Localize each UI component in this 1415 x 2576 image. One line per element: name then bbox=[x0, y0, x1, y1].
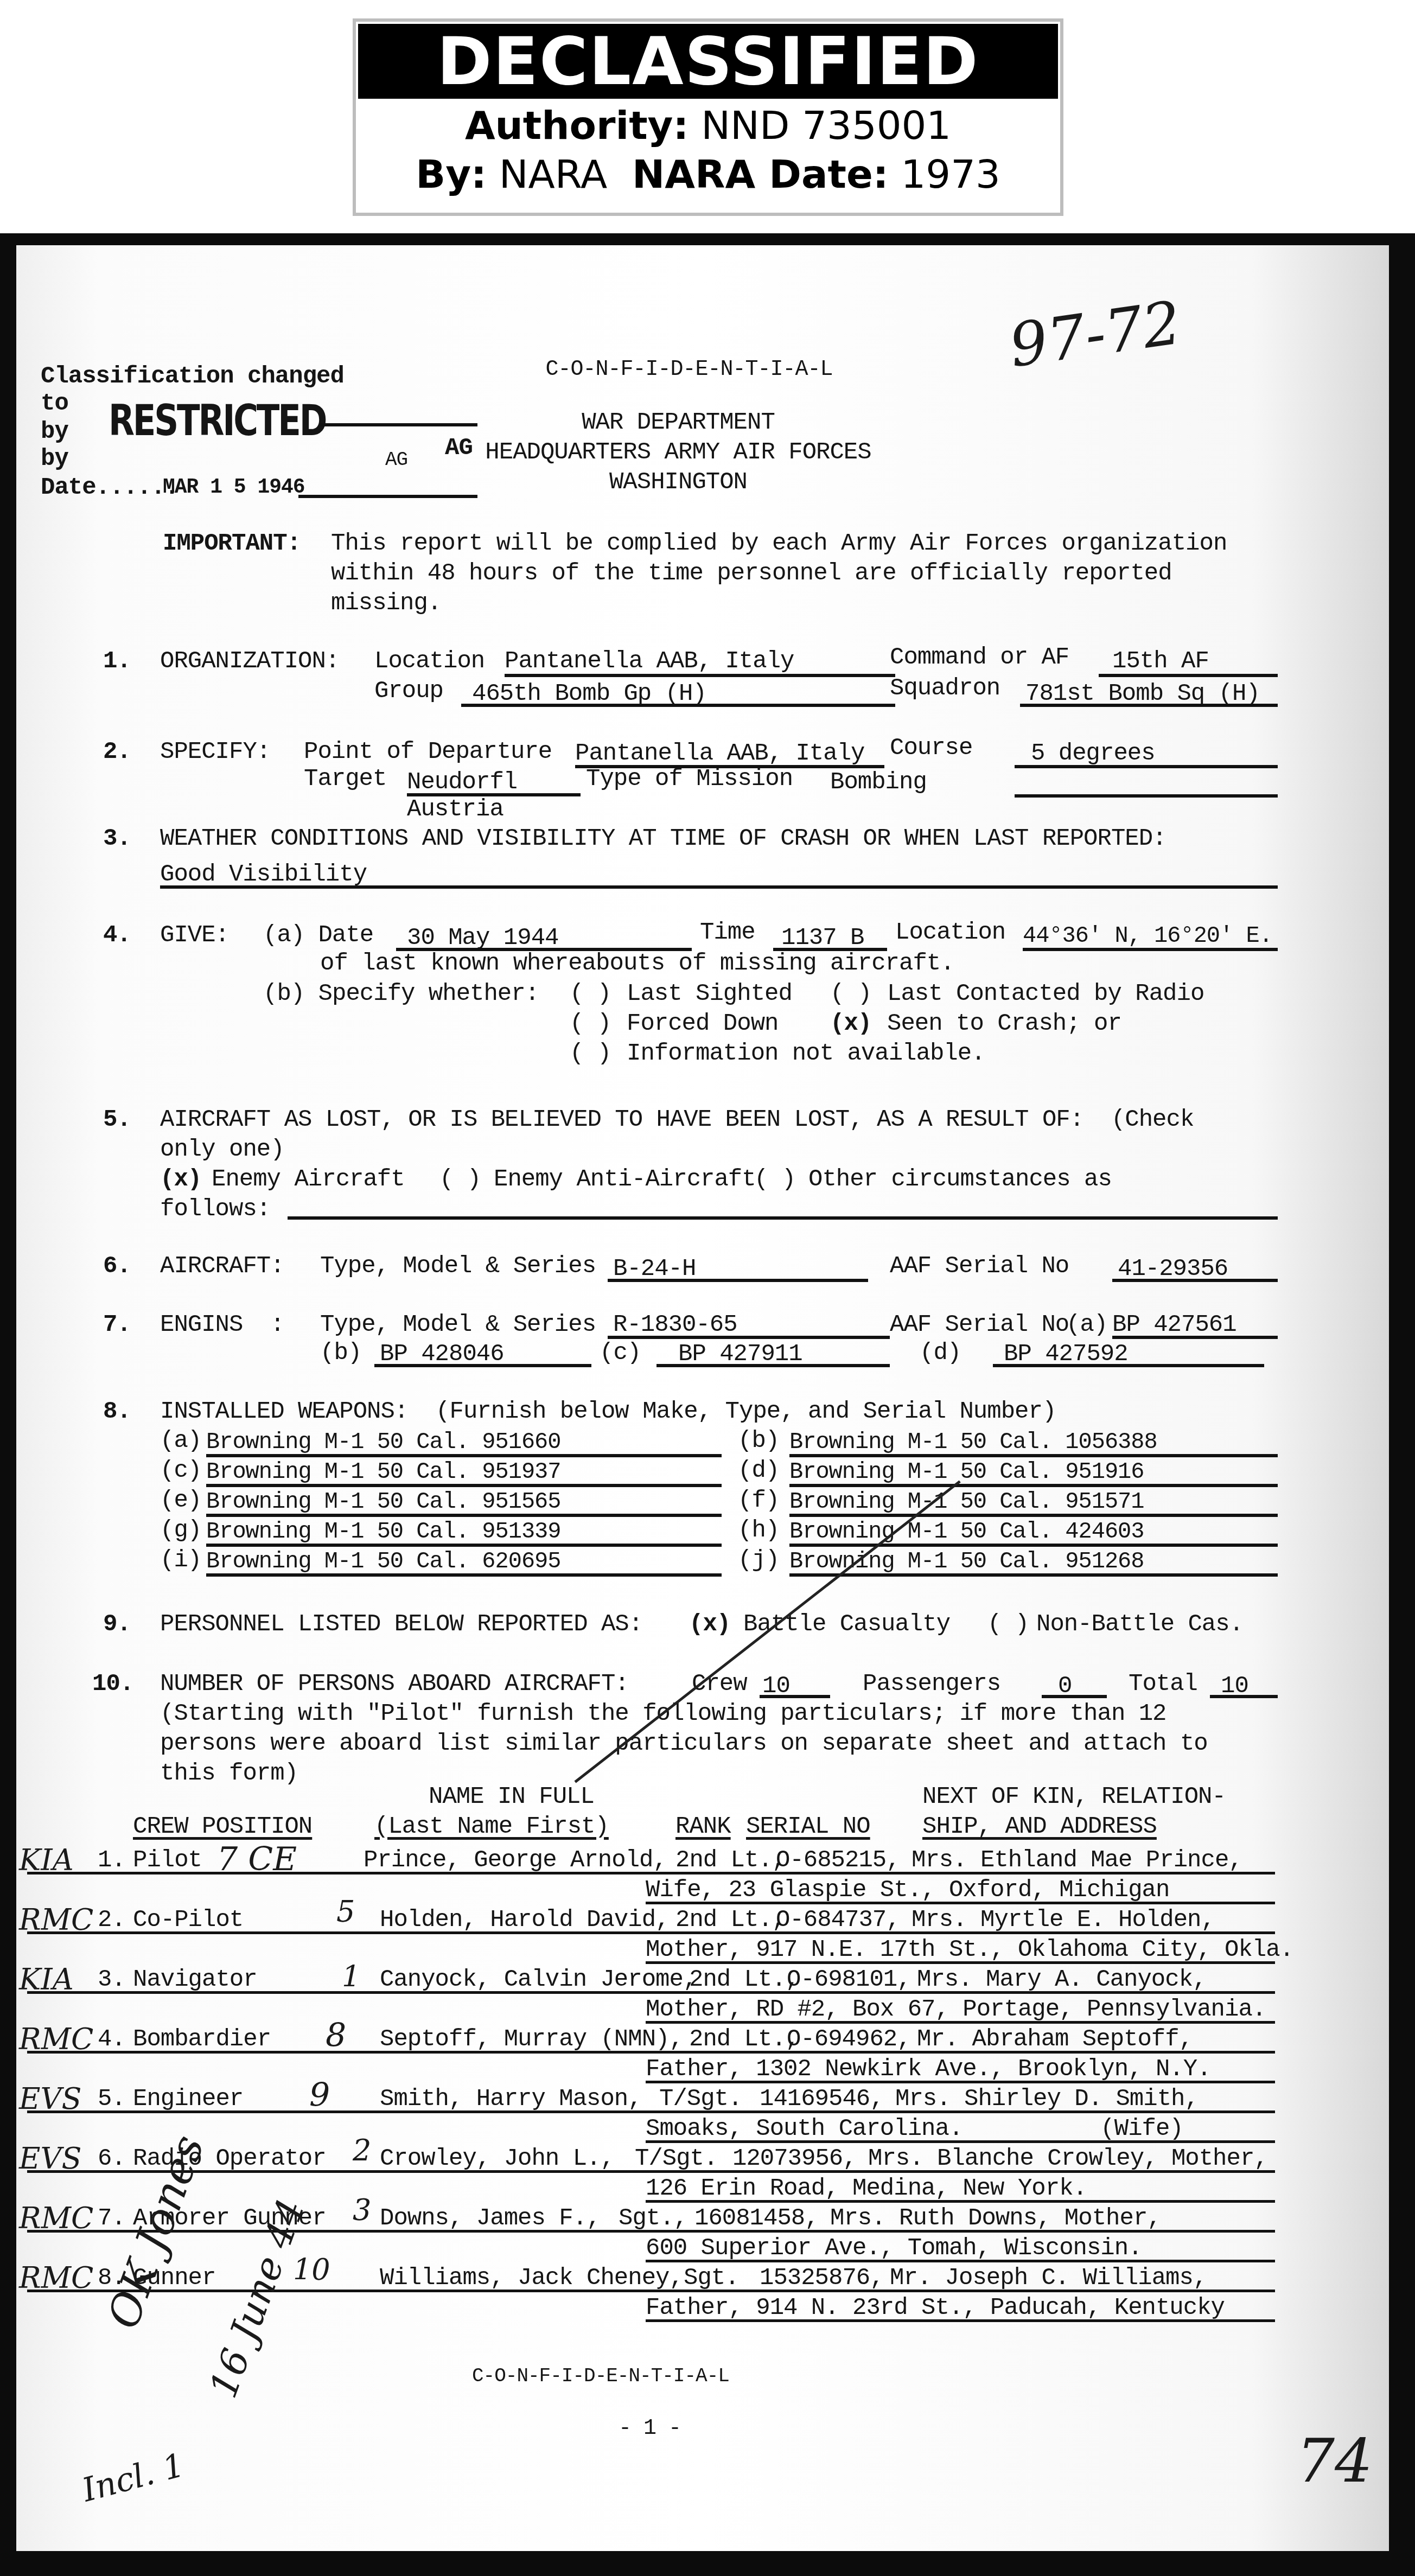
row-line2 bbox=[646, 2021, 1275, 2024]
s10-line4: this form) bbox=[160, 1762, 298, 1786]
weapon-h-line bbox=[789, 1544, 1278, 1547]
row-line2 bbox=[646, 2260, 1275, 2262]
s7-type-value[interactable]: R-1830-65 bbox=[613, 1313, 737, 1337]
s5-enemy-aircraft-checkbox[interactable]: (x) bbox=[160, 1168, 201, 1191]
row-kin-line2: Mother, 917 N.E. 17th St., Oklahoma City… bbox=[646, 1938, 1293, 1962]
row-position: Engineer bbox=[133, 2087, 243, 2111]
reclass-ag2-suffix: AG bbox=[385, 450, 407, 470]
s6-type-line bbox=[608, 1279, 868, 1282]
s4-last-sighted-checkbox[interactable]: ( ) bbox=[570, 982, 611, 1006]
s6-serial-label: AAF Serial No bbox=[890, 1254, 1069, 1278]
declassified-stamp: DECLASSIFIED Authority: NND 735001 By: N… bbox=[353, 18, 1063, 216]
row-rank: T/Sgt. bbox=[659, 2087, 742, 2111]
s2-number: 2. bbox=[103, 740, 131, 764]
header-serial: SERIAL NO bbox=[746, 1815, 870, 1839]
s1-command-label: Command or AF bbox=[890, 646, 1069, 669]
row-line bbox=[27, 2230, 1275, 2233]
s1-label: ORGANIZATION: bbox=[160, 649, 339, 673]
s4-seen-to-crash-label: Seen to Crash; or bbox=[887, 1012, 1121, 1036]
s7-engine-d-serial[interactable]: BP 427592 bbox=[1004, 1342, 1128, 1366]
row-kin-line1: Mrs. Blanche Crowley, Mother, bbox=[868, 2147, 1268, 2171]
s6-serial-value[interactable]: 41-29356 bbox=[1118, 1257, 1228, 1281]
s10-label: NUMBER OF PERSONS ABOARD AIRCRAFT: bbox=[160, 1672, 629, 1696]
s4-info-na-label: Information not available. bbox=[627, 1042, 985, 1066]
row-kin-line1: Mrs. Ruth Downs, Mother, bbox=[830, 2207, 1161, 2230]
weapon-key: (e) bbox=[160, 1489, 201, 1513]
weapon-key: (j) bbox=[738, 1548, 779, 1572]
s1-group-label: Group bbox=[374, 679, 443, 703]
weapon-key: (b) bbox=[738, 1429, 779, 1453]
s7-engine-d-key: (d) bbox=[920, 1341, 961, 1365]
s1-command-value[interactable]: 15th AF bbox=[1112, 649, 1209, 673]
s1-group-value[interactable]: 465th Bomb Gp (H) bbox=[472, 682, 706, 706]
s2-mission-label: Type of Mission bbox=[586, 767, 793, 791]
weapon-b-line bbox=[789, 1454, 1278, 1457]
s6-number: 6. bbox=[103, 1254, 131, 1278]
row-line2 bbox=[646, 1961, 1275, 1964]
s7-engine-c-serial[interactable]: BP 427911 bbox=[678, 1342, 802, 1366]
row-serial: 14169546, bbox=[760, 2087, 884, 2111]
weapon-key: (g) bbox=[160, 1519, 201, 1542]
s1-command-line bbox=[1099, 674, 1278, 677]
row-serial: 15325876, bbox=[760, 2266, 884, 2290]
weapon-i[interactable]: Browning M-1 50 Cal. 620695 bbox=[206, 1550, 561, 1573]
weapon-h[interactable]: Browning M-1 50 Cal. 424603 bbox=[789, 1520, 1144, 1543]
row-kin-line2: Smoaks, South Carolina. (Wife) bbox=[646, 2117, 1183, 2141]
reclass-by2-label: by bbox=[41, 447, 68, 471]
s4-forced-down-checkbox[interactable]: ( ) bbox=[570, 1012, 611, 1036]
s7-type-label: Type, Model & Series bbox=[320, 1313, 596, 1337]
stamp-title: DECLASSIFIED bbox=[358, 24, 1058, 99]
row-number: 5. bbox=[98, 2087, 125, 2111]
s5-label: AIRCRAFT AS LOST, OR IS BELIEVED TO HAVE… bbox=[160, 1108, 1194, 1132]
classification-top: C-O-N-F-I-D-E-N-T-I-A-L bbox=[472, 359, 906, 381]
row-kin-line1: Mrs. Shirley D. Smith, bbox=[895, 2087, 1199, 2111]
authority-label: Authority: bbox=[465, 103, 689, 148]
s2-label: SPECIFY: bbox=[160, 740, 270, 764]
s7-serial-label: AAF Serial No bbox=[890, 1313, 1069, 1337]
row-kin-line1: Mr. Joseph C. Williams, bbox=[890, 2266, 1207, 2290]
s5-anti-aircraft-checkbox[interactable]: ( ) bbox=[439, 1168, 481, 1191]
weapon-key: (d) bbox=[738, 1459, 779, 1483]
row-number: 2. bbox=[98, 1908, 125, 1932]
s9-non-battle-label: Non-Battle Cas. bbox=[1036, 1612, 1243, 1636]
restricted-stamp: RESTRICTED bbox=[109, 400, 326, 442]
row-line2 bbox=[646, 2081, 1275, 2083]
s2-target-country: Austria bbox=[407, 798, 503, 821]
row-hand-number: 8 bbox=[326, 2017, 346, 2055]
important-line1: This report will be complied by each Arm… bbox=[331, 532, 1227, 556]
s7-engine-a-line bbox=[1112, 1336, 1278, 1339]
s7-number: 7. bbox=[103, 1313, 131, 1337]
row-serial: O-684737, bbox=[776, 1908, 900, 1932]
row-rank: Sgt., bbox=[619, 2207, 687, 2230]
s5-other-checkbox[interactable]: ( ) bbox=[754, 1168, 795, 1191]
s4-date-value[interactable]: 30 May 1944 bbox=[407, 926, 558, 950]
weapon-key: (i) bbox=[160, 1548, 201, 1572]
s10-total-line bbox=[1210, 1695, 1278, 1698]
row-name[interactable]: Holden, Harold David, bbox=[380, 1908, 670, 1932]
nara-date-label: NARA Date: bbox=[632, 151, 889, 197]
s2-mission-value[interactable]: Bombing bbox=[830, 770, 927, 794]
s4-a-line2: of last known whereabouts of missing air… bbox=[320, 952, 954, 975]
weapon-a-line bbox=[206, 1454, 722, 1457]
stamp-by: By: NARA NARA Date: 1973 bbox=[356, 150, 1060, 199]
s7-engine-b-line bbox=[374, 1364, 591, 1367]
s5-enemy-aircraft-label: Enemy Aircraft bbox=[212, 1168, 405, 1191]
page-number: - 1 - bbox=[619, 2418, 681, 2440]
s2-departure-value[interactable]: Pantanella AAB, Italy bbox=[575, 742, 865, 766]
s8-label: INSTALLED WEAPONS: (Furnish below Make, … bbox=[160, 1400, 1056, 1424]
s1-group-line bbox=[461, 704, 895, 707]
row-line2 bbox=[646, 2319, 1275, 2322]
s2-extra-line bbox=[1015, 794, 1278, 798]
s9-number: 9. bbox=[103, 1612, 131, 1636]
header-crew-position: CREW POSITION bbox=[133, 1815, 312, 1839]
s6-label: AIRCRAFT: bbox=[160, 1254, 284, 1278]
s5-follows-line bbox=[288, 1216, 1278, 1220]
s4-number: 4. bbox=[103, 923, 131, 947]
s4-last-contacted-label: Last Contacted by Radio bbox=[887, 982, 1204, 1006]
weapon-j-line bbox=[789, 1573, 1278, 1577]
row-position: Co-Pilot bbox=[133, 1908, 243, 1932]
weapon-a[interactable]: Browning M-1 50 Cal. 951660 bbox=[206, 1431, 561, 1453]
row-number: 3. bbox=[98, 1968, 125, 1992]
weapon-e-line bbox=[206, 1514, 722, 1517]
s4-last-sighted-label: Last Sighted bbox=[627, 982, 792, 1006]
s4-location-value[interactable]: 44°36' N, 16°20' E. bbox=[1023, 924, 1272, 947]
s2-course-value[interactable]: 5 degrees bbox=[1031, 742, 1155, 766]
row-serial: O-694962, bbox=[787, 2027, 911, 2051]
s10-number: 10. bbox=[92, 1672, 133, 1696]
s3-weather-value[interactable]: Good Visibility bbox=[160, 863, 367, 887]
s7-label: ENGINS : bbox=[160, 1313, 284, 1337]
row-hand-number: 5 bbox=[336, 1895, 355, 1929]
reclass-ag-suffix: AG bbox=[445, 436, 473, 460]
row-kin-line2: Father, 914 N. 23rd St., Paducah, Kentuc… bbox=[646, 2296, 1225, 2320]
important-line2: within 48 hours of the time personnel ar… bbox=[331, 562, 1172, 585]
row-rank: Sgt. bbox=[684, 2266, 739, 2290]
row-position: Pilot bbox=[133, 1848, 202, 1872]
weapon-c-line bbox=[206, 1484, 722, 1487]
s10-line3: persons were aboard list similar particu… bbox=[160, 1732, 1208, 1756]
weapon-c[interactable]: Browning M-1 50 Cal. 951937 bbox=[206, 1461, 561, 1483]
s5-number: 5. bbox=[103, 1108, 131, 1132]
s5-anti-aircraft-label: Enemy Anti-Aircraft bbox=[494, 1168, 756, 1191]
handwritten-incl-note: Incl. 1 bbox=[78, 2446, 188, 2509]
authority-value: NND 735001 bbox=[701, 103, 951, 148]
reclass-date-line bbox=[298, 495, 477, 498]
row-name[interactable]: Septoff, Murray (NMN), bbox=[380, 2027, 683, 2051]
weapon-g[interactable]: Browning M-1 50 Cal. 951339 bbox=[206, 1520, 561, 1543]
weapon-j[interactable]: Browning M-1 50 Cal. 951268 bbox=[789, 1550, 1144, 1573]
s4-location-label: Location bbox=[895, 921, 1005, 945]
row-line bbox=[27, 2051, 1275, 2054]
weapon-key: (h) bbox=[738, 1519, 779, 1542]
row-kin-line1: Mr. Abraham Septoff, bbox=[917, 2027, 1193, 2051]
s1-number: 1. bbox=[103, 649, 131, 673]
s8-number: 8. bbox=[103, 1400, 131, 1424]
weapon-b[interactable]: Browning M-1 50 Cal. 1056388 bbox=[789, 1431, 1157, 1453]
s10-passengers-line bbox=[1042, 1695, 1107, 1698]
row-number: 7. bbox=[98, 2207, 125, 2230]
document-page: C-O-N-F-I-D-E-N-T-I-A-L 97-72 Classifica… bbox=[16, 245, 1389, 2551]
s1-squadron-label: Squadron bbox=[890, 677, 1000, 700]
org-hq-aaf: HEADQUARTERS ARMY AIR FORCES bbox=[472, 441, 884, 464]
row-rank: T/Sgt. bbox=[635, 2147, 717, 2171]
s4-time-label: Time bbox=[700, 921, 755, 945]
weapon-i-line bbox=[206, 1573, 722, 1577]
s10-total-label: Total bbox=[1129, 1672, 1197, 1696]
row-serial: O-685215, bbox=[776, 1848, 900, 1872]
row-line2 bbox=[646, 2140, 1275, 2143]
row-line bbox=[27, 2110, 1275, 2113]
reclass-to-label: to bbox=[41, 392, 68, 416]
header-name-top: NAME IN FULL bbox=[429, 1785, 594, 1809]
s6-type-value[interactable]: B-24-H bbox=[613, 1257, 696, 1281]
row-kin-line2: 600 Superior Ave., Tomah, Wisconsin. bbox=[646, 2236, 1142, 2260]
weapon-d[interactable]: Browning M-1 50 Cal. 951916 bbox=[789, 1461, 1144, 1483]
s2-course-line bbox=[1015, 765, 1278, 768]
s1-squadron-value[interactable]: 781st Bomb Sq (H) bbox=[1025, 682, 1260, 706]
row-line bbox=[27, 2290, 1275, 2292]
scanned-document: C-O-N-F-I-D-E-N-T-I-A-L 97-72 Classifica… bbox=[0, 233, 1415, 2576]
row-kin-line1: Mrs. Mary A. Canyock, bbox=[917, 1968, 1207, 1992]
s2-course-label: Course bbox=[890, 736, 972, 760]
header-name: (Last Name First) bbox=[374, 1815, 609, 1839]
row-name[interactable]: Smith, Harry Mason, bbox=[380, 2087, 642, 2111]
row-hand-number: 1 bbox=[342, 1960, 360, 1994]
s1-squadron-line bbox=[1020, 704, 1278, 707]
weapon-d-line bbox=[789, 1484, 1278, 1487]
weapon-g-line bbox=[206, 1544, 722, 1547]
reclass-by-label: by bbox=[41, 420, 68, 444]
row-kin-line1: Mrs. Ethland Mae Prince, bbox=[912, 1848, 1242, 1872]
row-rank: 2nd Lt., bbox=[689, 2027, 799, 2051]
row-kin-line2: Father, 1302 Newkirk Ave., Brooklyn, N.Y… bbox=[646, 2057, 1211, 2081]
classification-bottom: C-O-N-F-I-D-E-N-T-I-A-L bbox=[472, 2367, 729, 2386]
s4-date-label: (a) Date bbox=[263, 923, 373, 947]
row-number: 4. bbox=[98, 2027, 125, 2051]
s3-number: 3. bbox=[103, 827, 131, 851]
header-kin-top: NEXT OF KIN, RELATION- bbox=[922, 1785, 1226, 1809]
row-number: 6. bbox=[98, 2147, 125, 2171]
s10-passengers-label: Passengers bbox=[863, 1672, 1000, 1696]
row-line bbox=[27, 1931, 1275, 1934]
s9-label: PERSONNEL LISTED BELOW REPORTED AS: bbox=[160, 1612, 642, 1636]
row-name[interactable]: Crowley, John L., bbox=[380, 2147, 614, 2171]
s3-label: WEATHER CONDITIONS AND VISIBILITY AT TIM… bbox=[160, 827, 1167, 851]
s6-type-label: Type, Model & Series bbox=[320, 1254, 596, 1278]
reclass-line1: Classification changed bbox=[41, 365, 344, 388]
s1-location-line bbox=[505, 674, 895, 677]
s7-engine-c-key: (c) bbox=[600, 1341, 641, 1365]
s3-weather-line bbox=[160, 885, 1278, 889]
reclass-date-label: Date...... bbox=[41, 476, 179, 500]
row-hand-number: 3 bbox=[353, 2193, 371, 2227]
s7-engine-c-line bbox=[656, 1364, 890, 1367]
weapon-key: (a) bbox=[160, 1429, 201, 1453]
s4-location-line bbox=[1023, 948, 1278, 951]
s4-info-na-checkbox[interactable]: ( ) bbox=[570, 1042, 611, 1066]
s5-other-label: Other circumstances as bbox=[808, 1168, 1112, 1191]
row-name[interactable]: Williams, Jack Cheney, bbox=[380, 2266, 683, 2290]
weapon-f-line bbox=[789, 1514, 1278, 1517]
row-number: 1. bbox=[98, 1848, 125, 1872]
header-kin: SHIP, AND ADDRESS bbox=[922, 1815, 1157, 1839]
row-serial: 12073956, bbox=[732, 2147, 857, 2171]
row-kin-line2: Mother, RD #2, Box 67, Portage, Pennsylv… bbox=[646, 1998, 1266, 2022]
stamp-authority: Authority: NND 735001 bbox=[356, 101, 1060, 150]
row-line bbox=[27, 1872, 1275, 1874]
s5-follows-label: follows: bbox=[160, 1197, 270, 1221]
row-rank: 2nd Lt., bbox=[675, 1908, 786, 1932]
s7-engine-d-line bbox=[993, 1364, 1264, 1367]
s7-engine-a-key: (a) bbox=[1066, 1313, 1107, 1337]
s5-label-line2: only one) bbox=[160, 1138, 284, 1162]
reclass-fill-line bbox=[320, 423, 477, 426]
row-rank: 2nd Lt., bbox=[675, 1848, 786, 1872]
s6-serial-line bbox=[1112, 1279, 1278, 1282]
s4-time-value[interactable]: 1137 B bbox=[781, 926, 864, 950]
row-position: Navigator bbox=[133, 1968, 257, 1992]
row-line bbox=[27, 2170, 1275, 2173]
nara-date-value: 1973 bbox=[901, 151, 1000, 197]
s7-engine-a-serial[interactable]: BP 427561 bbox=[1112, 1313, 1236, 1337]
org-war-department: WAR DEPARTMENT bbox=[472, 411, 884, 435]
s9-battle-casualty-checkbox[interactable]: (x) bbox=[689, 1612, 730, 1636]
by-value: NARA bbox=[499, 151, 607, 197]
handwritten-page-number: 74 bbox=[1297, 2426, 1373, 2496]
s10-crew-line bbox=[760, 1695, 830, 1698]
row-line2 bbox=[646, 2200, 1275, 2203]
s7-engine-b-serial[interactable]: BP 428046 bbox=[380, 1342, 504, 1366]
s4-label: GIVE: bbox=[160, 923, 229, 947]
row-kin-line1: Mrs. Myrtle E. Holden, bbox=[912, 1908, 1215, 1932]
row-hand-number: 2 bbox=[353, 2133, 371, 2167]
row-name[interactable]: Canyock, Calvin Jerome, bbox=[380, 1968, 697, 1992]
row-line bbox=[27, 1991, 1275, 1994]
org-washington: WASHINGTON bbox=[472, 470, 884, 494]
row-position: Bombardier bbox=[133, 2027, 271, 2051]
handwritten-reference: 97-72 bbox=[1005, 288, 1185, 381]
weapon-key: (f) bbox=[738, 1489, 779, 1513]
s2-target-value[interactable]: Neudorfl bbox=[407, 770, 517, 794]
row-serial: O-698101, bbox=[787, 1968, 911, 1992]
row-rank: 2nd Lt., bbox=[689, 1968, 799, 1992]
row-hand-number: 9 bbox=[309, 2076, 330, 2114]
by-label: By: bbox=[416, 151, 487, 197]
s9-non-battle-checkbox[interactable]: ( ) bbox=[987, 1612, 1029, 1636]
row-kin-line2: 126 Erin Road, Medina, New York. bbox=[646, 2177, 1087, 2201]
row-serial: 16081458, bbox=[694, 2207, 819, 2230]
row-line2 bbox=[646, 1902, 1275, 1904]
s1-location-label: Location bbox=[374, 649, 485, 673]
s1-location-value[interactable]: Pantanella AAB, Italy bbox=[505, 649, 794, 673]
row-name[interactable]: Downs, James F., bbox=[380, 2207, 600, 2230]
row-kin-line2: Wife, 23 Glaspie St., Oxford, Michigan bbox=[646, 1878, 1169, 1902]
s2-departure-label: Point of Departure bbox=[304, 740, 552, 764]
important-line3: missing. bbox=[331, 591, 441, 615]
s7-type-line bbox=[608, 1336, 890, 1339]
s2-target-label: Target bbox=[304, 767, 386, 791]
s4-forced-down-label: Forced Down bbox=[627, 1012, 778, 1036]
row-hand-number: 10 bbox=[293, 2253, 330, 2287]
row-name[interactable]: Prince, George Arnold, bbox=[364, 1848, 667, 1872]
s4-b-label: (b) Specify whether: bbox=[263, 982, 539, 1006]
weapon-f[interactable]: Browning M-1 50 Cal. 951571 bbox=[789, 1490, 1144, 1513]
s7-engine-b-key: (b) bbox=[320, 1341, 361, 1365]
important-label: IMPORTANT: bbox=[163, 532, 301, 556]
weapon-key: (c) bbox=[160, 1459, 201, 1483]
header-rank: RANK bbox=[675, 1815, 731, 1839]
reclass-date-value: MAR 1 5 1946 bbox=[163, 477, 305, 498]
s4-last-contacted-checkbox[interactable]: ( ) bbox=[830, 982, 871, 1006]
weapon-e[interactable]: Browning M-1 50 Cal. 951565 bbox=[206, 1490, 561, 1513]
s4-seen-to-crash-checkbox[interactable]: (x) bbox=[830, 1012, 871, 1036]
